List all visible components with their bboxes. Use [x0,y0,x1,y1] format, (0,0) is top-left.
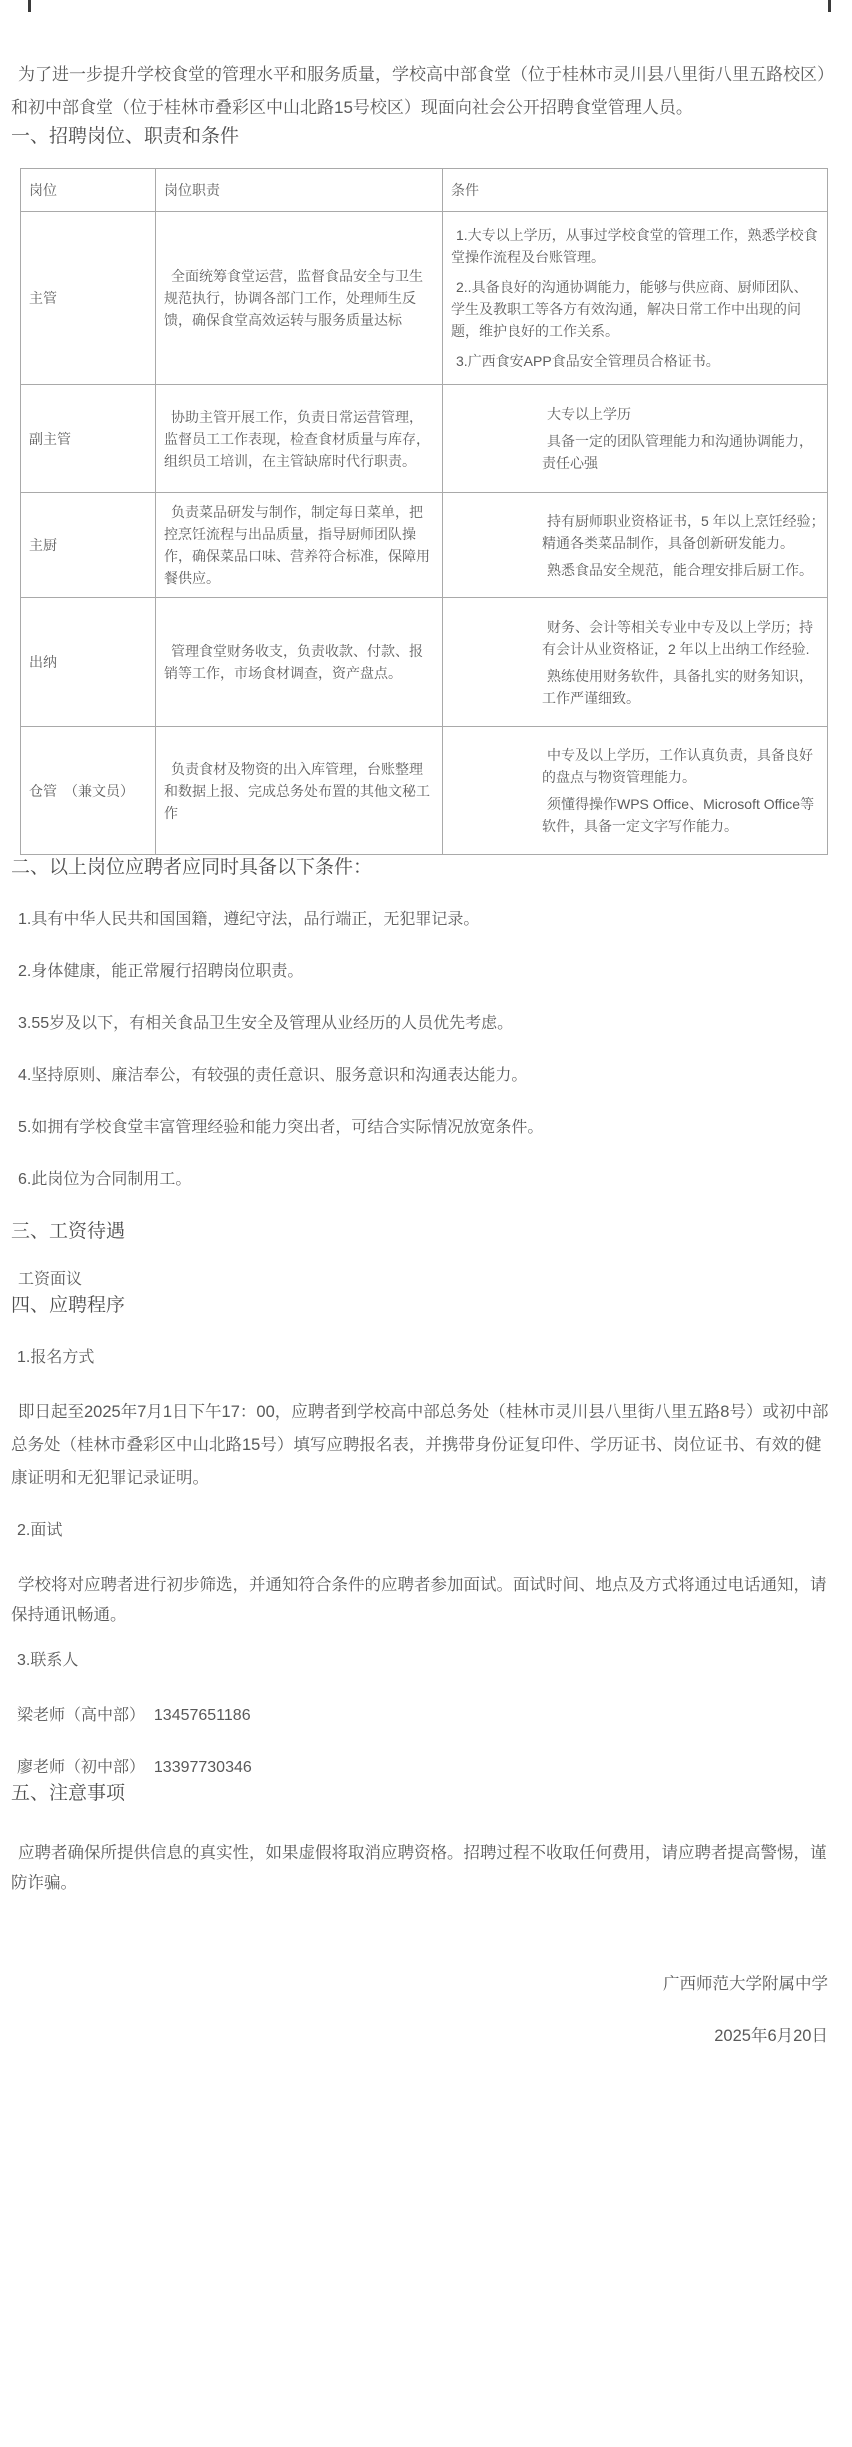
screenshot-artifact-right [828,0,831,12]
conditions-cell: 持有厨师职业资格证书，5 年以上烹饪经验；精通各类菜品制作，具备创新研发能力。熟… [443,493,828,598]
signature-date: 2025年6月20日 [11,2023,834,2049]
recruitment-notice-page: 为了进一步提升学校食堂的管理水平和服务质量，学校高中部食堂（位于桂林市灵川县八里… [0,0,852,2447]
interview-paragraph: 学校将对应聘者进行初步筛选，并通知符合条件的应聘者参加面试。面试时间、地点及方式… [11,1570,834,1630]
section2-title: 二、以上岗位应聘者应同时具备以下条件： [11,855,834,881]
duties-text: 负责菜品研发与制作，制定每日菜单，把控烹饪流程与出品质量，指导厨师团队操作，确保… [164,501,436,589]
requirement-item: 4.坚持原则、廉洁奉公，有较强的责任意识、服务意识和沟通表达能力。 [11,1063,834,1089]
duties-cell: 负责食材及物资的出入库管理，台账整理和数据上报、完成总务处布置的其他文秘工作 [156,727,443,855]
condition-paragraph: 熟悉食品安全规范，能合理安排后厨工作。 [542,559,825,581]
duties-text: 负责食材及物资的出入库管理，台账整理和数据上报、完成总务处布置的其他文秘工作 [164,758,436,824]
table-row: 副主管 协助主管开展工作，负责日常运营管理，监督员工工作表现，检查食材质量与库存… [21,385,828,493]
condition-paragraph: 须懂得操作WPS Office、Microsoft Office等软件，具备一定… [542,793,825,837]
condition-paragraph: 财务、会计等相关专业中专及以上学历；持有会计从业资格证，2 年以上出纳工作经验. [542,616,825,660]
sub3-title: 3.联系人 [11,1648,834,1674]
position-cell: 主厨 [21,493,156,598]
header-position: 岗位 [21,169,156,212]
condition-paragraph: 熟练使用财务软件，具备扎实的财务知识，工作严谨细致。 [542,665,825,709]
duties-cell: 负责菜品研发与制作，制定每日菜单，把控烹饪流程与出品质量，指导厨师团队操作，确保… [156,493,443,598]
table-row: 仓管 （兼文员） 负责食材及物资的出入库管理，台账整理和数据上报、完成总务处布置… [21,727,828,855]
section5-title: 五、注意事项 [11,1781,834,1807]
position-cell: 主管 [21,212,156,385]
conditions-cell: 1.大专以上学历，从事过学校食堂的管理工作，熟悉学校食堂操作流程及台账管理。2.… [443,212,828,385]
contact-line: 梁老师（高中部） 13457651186 [11,1703,834,1729]
header-duties: 岗位职责 [156,169,443,212]
duties-cell: 协助主管开展工作，负责日常运营管理，监督员工工作表现，检查食材质量与库存，组织员… [156,385,443,493]
notice-paragraph: 应聘者确保所提供信息的真实性，如果虚假将取消应聘资格。招聘过程不收取任何费用，请… [11,1838,834,1898]
contact-line: 廖老师（初中部） 13397730346 [11,1755,834,1781]
condition-paragraph: 持有厨师职业资格证书，5 年以上烹饪经验；精通各类菜品制作，具备创新研发能力。 [542,510,825,554]
positions-table: 岗位 岗位职责 条件 主管 全面统筹食堂运营，监督食品安全与卫生规范执行，协调各… [20,168,828,855]
section3-title: 三、工资待遇 [11,1219,834,1245]
conditions-cell: 大专以上学历具备一定的团队管理能力和沟通协调能力，责任心强 [443,385,828,493]
table-header-row: 岗位 岗位职责 条件 [21,169,828,212]
sub1-title: 1.报名方式 [11,1345,834,1371]
duties-cell: 全面统筹食堂运营，监督食品安全与卫生规范执行，协调各部门工作，处理师生反馈，确保… [156,212,443,385]
table-row: 主管 全面统筹食堂运营，监督食品安全与卫生规范执行，协调各部门工作，处理师生反馈… [21,212,828,385]
requirement-item: 3.55岁及以下，有相关食品卫生安全及管理从业经历的人员优先考虑。 [11,1011,834,1037]
table-row: 主厨 负责菜品研发与制作，制定每日菜单，把控烹饪流程与出品质量，指导厨师团队操作… [21,493,828,598]
duties-text: 协助主管开展工作，负责日常运营管理，监督员工工作表现，检查食材质量与库存，组织员… [164,406,436,472]
position-cell: 仓管 （兼文员） [21,727,156,855]
condition-paragraph: 中专及以上学历，工作认真负责，具备良好的盘点与物资管理能力。 [542,744,825,788]
table-row: 出纳 管理食堂财务收支，负责收款、付款、报销等工作，市场食材调查，资产盘点。 财… [21,598,828,727]
duties-cell: 管理食堂财务收支，负责收款、付款、报销等工作，市场食材调查，资产盘点。 [156,598,443,727]
section2-items: 1.具有中华人民共和国国籍，遵纪守法，品行端正，无犯罪记录。2.身体健康，能正常… [11,907,834,1193]
signature-org: 广西师范大学附属中学 [11,1971,834,1997]
conditions-cell: 中专及以上学历，工作认真负责，具备良好的盘点与物资管理能力。须懂得操作WPS O… [443,727,828,855]
condition-paragraph: 大专以上学历 [542,403,825,425]
salary-text: 工资面议 [11,1267,834,1293]
position-cell: 出纳 [21,598,156,727]
screenshot-artifact-left [28,0,31,12]
condition-paragraph: 2..具备良好的沟通协调能力，能够与供应商、厨师团队、学生及教职工等各方有效沟通… [451,276,821,342]
requirement-item: 6.此岗位为合同制用工。 [11,1167,834,1193]
section4-title: 四、应聘程序 [11,1293,834,1319]
conditions-cell: 财务、会计等相关专业中专及以上学历；持有会计从业资格证，2 年以上出纳工作经验.… [443,598,828,727]
condition-paragraph: 具备一定的团队管理能力和沟通协调能力，责任心强 [542,430,825,474]
condition-paragraph: 1.大专以上学历，从事过学校食堂的管理工作，熟悉学校食堂操作流程及台账管理。 [451,224,821,268]
requirement-item: 1.具有中华人民共和国国籍，遵纪守法，品行端正，无犯罪记录。 [11,907,834,933]
sub2-title: 2.面试 [11,1518,834,1544]
requirement-item: 2.身体健康，能正常履行招聘岗位职责。 [11,959,834,985]
condition-paragraph: 3.广西食安APP食品安全管理员合格证书。 [451,350,821,372]
intro-paragraph: 为了进一步提升学校食堂的管理水平和服务质量，学校高中部食堂（位于桂林市灵川县八里… [11,58,834,124]
duties-text: 管理食堂财务收支，负责收款、付款、报销等工作，市场食材调查，资产盘点。 [164,640,436,684]
section1-title: 一、招聘岗位、职责和条件 [11,124,834,150]
position-cell: 副主管 [21,385,156,493]
header-conditions: 条件 [443,169,828,212]
duties-text: 全面统筹食堂运营，监督食品安全与卫生规范执行，协调各部门工作，处理师生反馈，确保… [164,265,436,331]
requirement-item: 5.如拥有学校食堂丰富管理经验和能力突出者，可结合实际情况放宽条件。 [11,1115,834,1141]
apply-paragraph: 即日起至2025年7月1日下午17：00，应聘者到学校高中部总务处（桂林市灵川县… [11,1396,834,1495]
